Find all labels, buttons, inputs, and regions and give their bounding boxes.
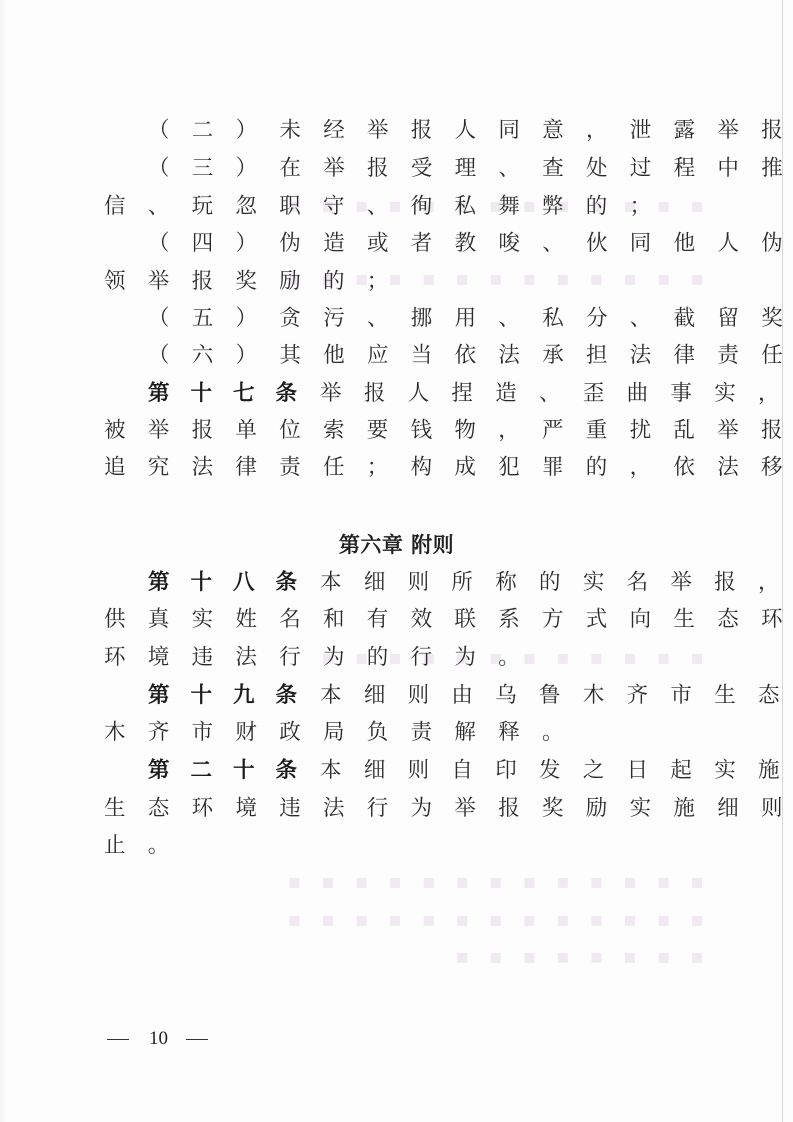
line-text: （三）在举报受理、查处过程中推诿拖延、通风报 bbox=[148, 156, 793, 181]
page-number: 10 bbox=[149, 1027, 168, 1051]
bleed-through-shadow: ▪▪▪▪▪▪▪▪ bbox=[104, 944, 704, 966]
article-number: 第二十条 bbox=[148, 758, 318, 783]
paragraph-line: 追究法律责任；构成犯罪的，依法移送司法机关处理。 bbox=[104, 453, 684, 483]
bleed-through-shadow: ▪▪▪▪▪▪▪▪▪▪▪▪▪ bbox=[104, 869, 704, 891]
line-text: 举报人捏造、歪曲事实，恶意谎报或向 bbox=[320, 381, 793, 406]
footer-dash-left bbox=[107, 1039, 129, 1040]
document-page: ▪▪▪▪▪▪▪▪▪▪▪▪▪ ▪▪▪▪▪▪▪▪▪▪▪▪▪ ▪▪▪▪▪▪▪▪▪▪▪▪… bbox=[0, 0, 793, 1122]
paragraph-line: （三）在举报受理、查处过程中推诿拖延、通风报 bbox=[148, 154, 728, 184]
line-text: 被举报单位索要钱物，严重扰乱举报奖励工作的，依法 bbox=[104, 418, 793, 443]
article-paragraph-line: 第十九条本细则由乌鲁木齐市生态环境局和乌鲁 bbox=[148, 681, 728, 711]
paragraph-line: 信、玩忽职守、徇私舞弊的； bbox=[104, 192, 684, 222]
line-text: （六）其他应当依法承担法律责任的情形。 bbox=[148, 343, 793, 368]
paragraph-line: （五）贪污、挪用、私分、截留奖励资金的； bbox=[148, 304, 728, 334]
chapter-heading: 第六章 附则 bbox=[0, 530, 793, 560]
line-text: 环境违法行为的行为。 bbox=[104, 645, 542, 670]
line-text: （四）伪造或者教唆、伙同他人伪造举报材料，冒 bbox=[148, 231, 793, 256]
article-number: 第十九条 bbox=[148, 683, 318, 708]
line-text: 本细则自印发之日起实施，《乌鲁木齐市 bbox=[320, 758, 793, 783]
line-text: 本细则由乌鲁木齐市生态环境局和乌鲁 bbox=[320, 683, 793, 708]
paragraph-line: 环境违法行为的行为。 bbox=[104, 643, 684, 673]
paragraph-line: 生态环境违法行为举报奖励实施细则（试行）》同步废 bbox=[104, 794, 684, 824]
line-text: 领举报奖励的； bbox=[104, 269, 411, 294]
line-text: 生态环境违法行为举报奖励实施细则（试行）》同步废 bbox=[104, 796, 793, 821]
line-text: 木齐市财政局负责解释。 bbox=[104, 720, 586, 745]
line-text: 止。 bbox=[104, 833, 192, 858]
paragraph-line: （六）其他应当依法承担法律责任的情形。 bbox=[148, 341, 728, 371]
paragraph-line: 领举报奖励的； bbox=[104, 267, 684, 297]
footer-dash-right bbox=[186, 1039, 208, 1040]
line-text: 信、玩忽职守、徇私舞弊的； bbox=[104, 194, 673, 219]
scan-edge-shadow bbox=[0, 0, 6, 1122]
line-text: 本细则所称的实名举报，是指举报人提 bbox=[320, 570, 793, 595]
bleed-through-shadow: ▪▪▪▪▪▪▪▪▪▪▪▪▪ bbox=[104, 907, 704, 929]
article-paragraph-line: 第十七条举报人捏造、歪曲事实，恶意谎报或向 bbox=[148, 379, 728, 409]
paragraph-line: 被举报单位索要钱物，严重扰乱举报奖励工作的，依法 bbox=[104, 416, 684, 446]
article-number: 第十八条 bbox=[148, 570, 318, 595]
article-number: 第十七条 bbox=[148, 381, 318, 406]
paragraph-line: 木齐市财政局负责解释。 bbox=[104, 718, 684, 748]
article-paragraph-line: 第十八条本细则所称的实名举报，是指举报人提 bbox=[148, 568, 728, 598]
paragraph-line: 供真实姓名和有效联系方式向生态环境部门反映生态 bbox=[104, 605, 684, 635]
line-text: 追究法律责任；构成犯罪的，依法移送司法机关处理。 bbox=[104, 455, 793, 480]
paragraph-line: （二）未经举报人同意，泄露举报人相关信息的； bbox=[148, 116, 728, 146]
paragraph-line: （四）伪造或者教唆、伙同他人伪造举报材料，冒 bbox=[148, 229, 728, 259]
line-text: 供真实姓名和有效联系方式向生态环境部门反映生态 bbox=[104, 607, 793, 632]
page-footer: 10 bbox=[107, 1027, 208, 1051]
line-text: （五）贪污、挪用、私分、截留奖励资金的； bbox=[148, 306, 793, 331]
line-text: （二）未经举报人同意，泄露举报人相关信息的； bbox=[148, 118, 793, 143]
article-paragraph-line: 第二十条本细则自印发之日起实施，《乌鲁木齐市 bbox=[148, 756, 728, 786]
paragraph-line: 止。 bbox=[104, 831, 684, 861]
